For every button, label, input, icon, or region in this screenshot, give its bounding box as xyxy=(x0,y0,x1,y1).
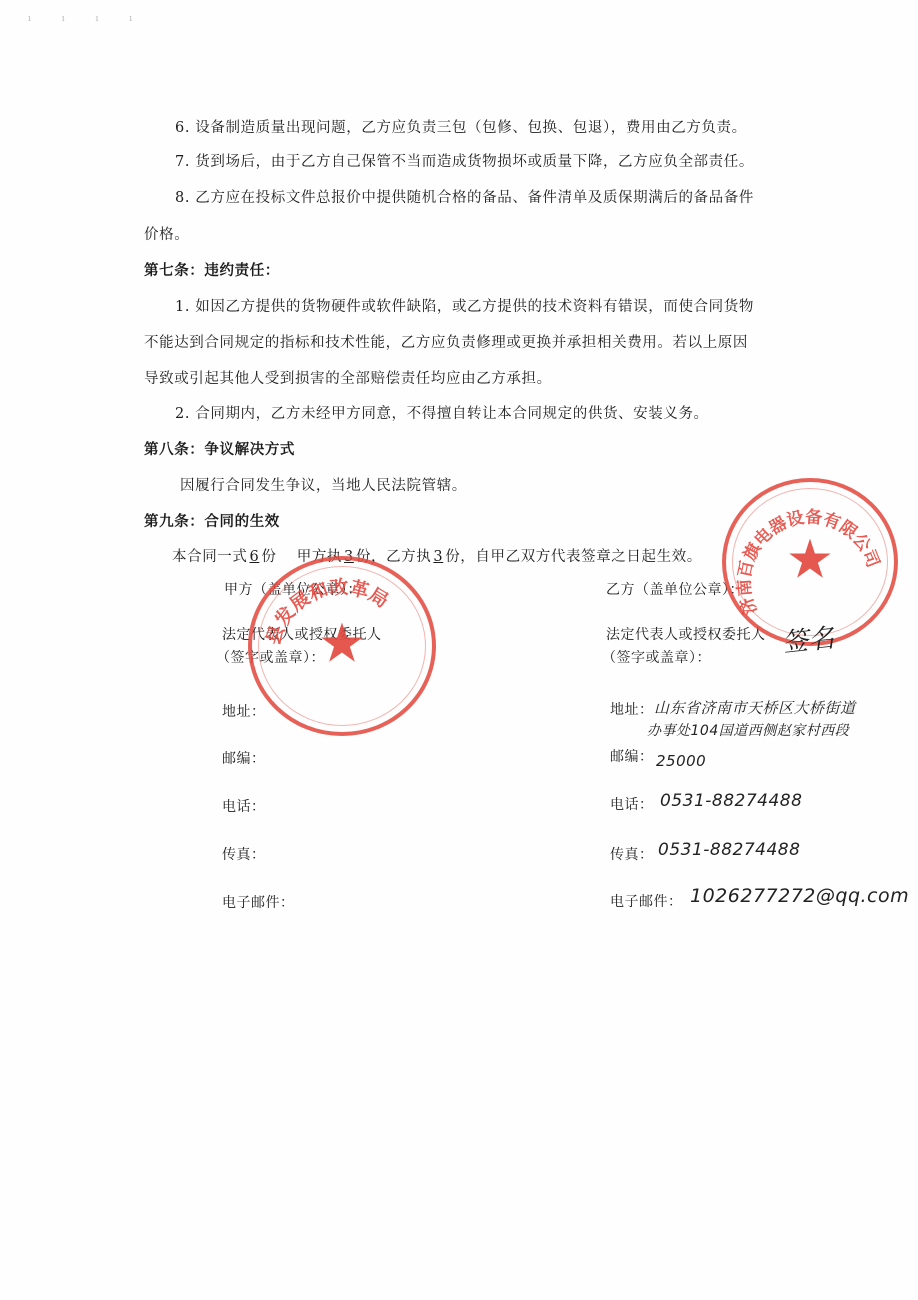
article-8-heading: 第八条：争议解决方式 xyxy=(144,440,295,460)
party-b-seal-label: 乙方（盖单位公章）： xyxy=(606,580,744,600)
party-b-address-label: 地址： xyxy=(610,700,654,720)
party-a-address-label: 地址： xyxy=(222,702,266,722)
article-7-para-1-cont: 不能达到合同规定的指标和技术性能，乙方应负责修理或更换并承担相关费用。若以上原因 xyxy=(144,333,748,353)
article-7-para-2: 2. 合同期内，乙方未经甲方同意，不得擅自转让本合同规定的供货、安装义务。 xyxy=(175,404,709,424)
party-b-email: 1026277272@qq.com xyxy=(690,885,909,907)
party-a-rep-label: 法定代表人或授权委托人 xyxy=(222,625,382,645)
clause-item-6: 6. 设备制造质量出现问题，乙方应负责三包（包修、包换、包退），费用由乙方负责。 xyxy=(175,118,747,138)
party-b-fax: 0531-88274488 xyxy=(658,840,800,860)
party-a-fax-label: 传真： xyxy=(222,845,266,865)
copies-mid1: 份 甲方执 xyxy=(261,549,342,565)
party-b-stamp-text: 济南百旗电器设备有限公司 xyxy=(734,506,883,617)
article-9-heading: 第九条：合同的生效 xyxy=(144,512,280,532)
party-a-phone-label: 电话： xyxy=(222,797,266,817)
party-b-phone-label: 电话： xyxy=(610,795,654,815)
party-b-address-line1: 山东省济南市天桥区大桥街道 xyxy=(654,697,856,718)
party-b-sign-label: （签字或盖章）： xyxy=(602,648,711,668)
copies-prefix: 本合同一式 xyxy=(172,549,248,565)
party-a-sign-label: （签字或盖章）： xyxy=(216,648,325,668)
party-a-postcode-label: 邮编： xyxy=(222,749,266,769)
party-b-fax-label: 传真： xyxy=(610,845,654,865)
article-8-body: 因履行合同发生争议，当地人民法院管辖。 xyxy=(180,476,467,496)
party-b-phone: 0531-88274488 xyxy=(660,791,802,811)
clause-item-8-cont: 价格。 xyxy=(144,225,189,245)
party-a-seal-label: 甲方（盖单位公章）： xyxy=(224,580,362,600)
article-9-copies: 本合同一式6份 甲方执3份，乙方执3份，自甲乙双方代表签章之日起生效。 xyxy=(172,547,702,567)
party-b-email-label: 电子邮件： xyxy=(610,892,683,912)
party-b-address-line2: 办事处104国道西侧赵家村西段 xyxy=(647,720,849,740)
party-b-rep-label: 法定代表人或授权委托人 xyxy=(606,625,766,645)
seal-inner-ring xyxy=(732,488,888,636)
article-7-para-1-cont2: 导致或引起其他人受到损害的全部赔偿责任均应由乙方承担。 xyxy=(144,369,552,389)
clause-item-8: 8. 乙方应在投标文件总报价中提供随机合格的备品、备件清单及质保期满后的备品备件 xyxy=(175,188,754,208)
party-a-email-label: 电子邮件： xyxy=(222,893,295,913)
svg-text:济南百旗电器设备有限公司: 济南百旗电器设备有限公司 xyxy=(734,506,883,617)
copies-party-a: 3 xyxy=(342,549,356,565)
contract-page: ı ı ı ı 6. 设备制造质量出现问题，乙方应负责三包（包修、包换、包退），… xyxy=(0,0,918,1300)
article-7-para-1: 1. 如因乙方提供的货物硬件或软件缺陷，或乙方提供的技术资料有错误，而使合同货物 xyxy=(175,297,754,317)
copies-suffix: 份，自甲乙双方代表签章之日起生效。 xyxy=(445,549,702,565)
seal-star-icon: ★ xyxy=(786,532,834,586)
seal-text-arc: 济南百旗电器设备有限公司 xyxy=(726,482,894,642)
article-7-heading: 第七条：违约责任： xyxy=(144,261,280,281)
copies-total: 6 xyxy=(248,549,262,565)
copies-party-b: 3 xyxy=(431,549,445,565)
scan-artifacts: ı ı ı ı xyxy=(28,14,146,24)
copies-mid2: 份，乙方执 xyxy=(356,549,432,565)
party-b-postcode-label: 邮编： xyxy=(610,747,654,767)
clause-item-7: 7. 货到场后，由于乙方自己保管不当而造成货物损坏或质量下降，乙方应负全部责任。 xyxy=(175,152,754,172)
party-b-postcode: 25000 xyxy=(656,752,706,770)
party-b-signature: 签名 xyxy=(780,617,836,659)
